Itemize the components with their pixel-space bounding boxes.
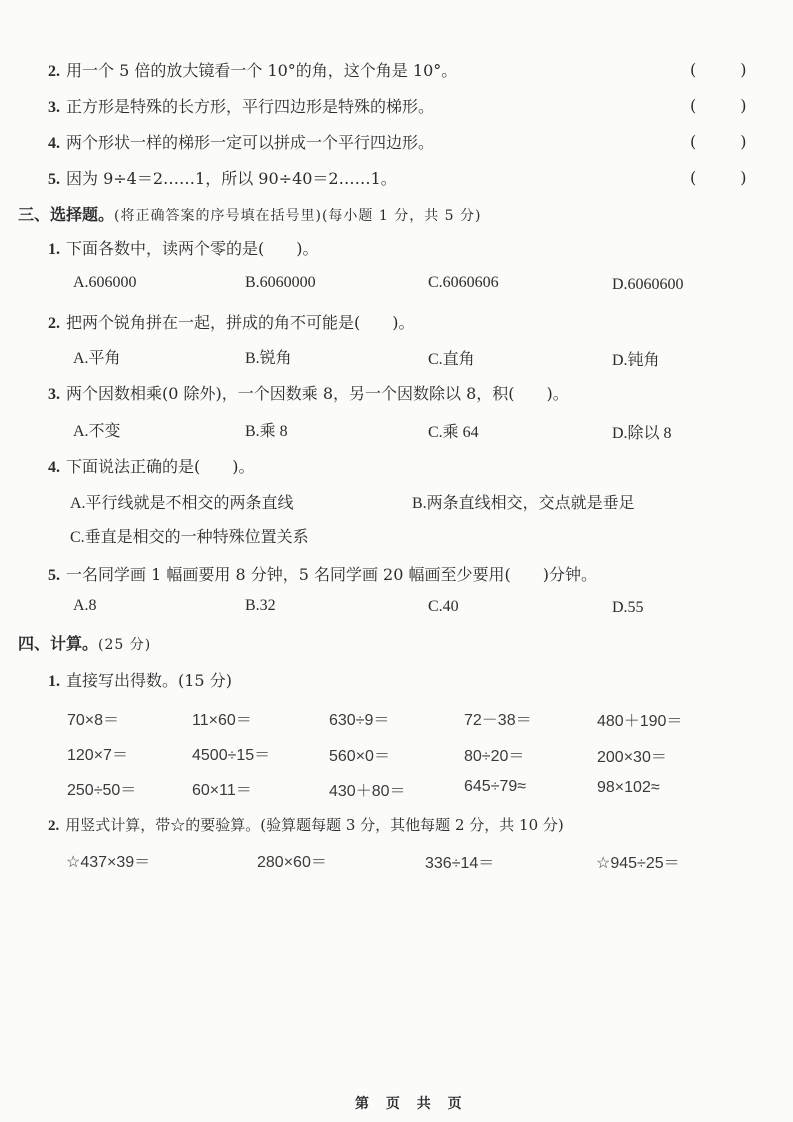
calc-item: 72－38＝ <box>464 707 532 730</box>
vertical-calc-item: 280×60＝ <box>257 849 327 872</box>
item-text: 因为 9÷4＝2……1，所以 90÷40＝2……1。 <box>66 169 397 188</box>
calc-item: 70×8＝ <box>67 707 119 730</box>
judgement-item-4: 4.两个形状一样的梯形一定可以拼成一个平行四边形。 <box>48 130 434 153</box>
calc-item: 80÷20＝ <box>464 743 524 766</box>
option-d[interactable]: D.55 <box>612 599 644 617</box>
choice-question-3: 3.两个因数相乘(0 除外)，一个因数乘 8，另一个因数除以 8，积( )。 <box>48 381 569 404</box>
option-c[interactable]: C.40 <box>428 598 459 616</box>
page-footer: 第 页 共 页 <box>355 1093 468 1113</box>
option-c[interactable]: C.直角 <box>428 346 475 369</box>
item-number: 3. <box>48 99 60 116</box>
calc-item: 200×30＝ <box>597 744 667 767</box>
calc-part-1: 1.直接写出得数。(15 分) <box>48 668 232 691</box>
vertical-calc-item: 336÷14＝ <box>425 850 494 873</box>
item-number: 2. <box>48 63 60 80</box>
judgement-item-2: 2.用一个 5 倍的放大镜看一个 10°的角，这个角是 10°。 <box>48 58 457 81</box>
calc-item: 98×102≈ <box>597 779 660 797</box>
answer-paren[interactable]: () <box>690 96 747 115</box>
choice-question-1: 1.下面各数中，读两个零的是( )。 <box>48 236 319 259</box>
option-c[interactable]: C.垂直是相交的一种特殊位置关系 <box>70 524 309 547</box>
calc-item: 4500÷15＝ <box>192 742 270 765</box>
option-c[interactable]: C.6060606 <box>428 274 499 292</box>
judgement-item-5: 5.因为 9÷4＝2……1，所以 90÷40＝2……1。 <box>48 166 397 189</box>
calc-item: 480＋190＝ <box>597 708 682 731</box>
option-a[interactable]: A.不变 <box>73 418 121 441</box>
calc-item: 645÷79≈ <box>464 778 526 796</box>
calc-item: 630÷9＝ <box>329 707 389 730</box>
item-text: 两个形状一样的梯形一定可以拼成一个平行四边形。 <box>66 133 434 152</box>
option-b[interactable]: B.32 <box>245 597 276 615</box>
answer-paren[interactable]: () <box>690 168 747 187</box>
option-d[interactable]: D.6060600 <box>612 276 684 294</box>
calc-item: 250÷50＝ <box>67 777 136 800</box>
judgement-item-3: 3.正方形是特殊的长方形，平行四边形是特殊的梯形。 <box>48 94 434 117</box>
choice-question-5: 5.一名同学画 1 幅画要用 8 分钟，5 名同学画 20 幅画至少要用( )分… <box>48 562 597 585</box>
option-b[interactable]: B.锐角 <box>245 345 292 368</box>
option-b[interactable]: B.乘 8 <box>245 418 288 441</box>
calc-item: 11×60＝ <box>192 707 252 730</box>
item-number: 5. <box>48 171 60 188</box>
item-text: 正方形是特殊的长方形，平行四边形是特殊的梯形。 <box>66 97 434 116</box>
section-4-heading: 四、计算。(25 分) <box>18 631 151 654</box>
calc-part-2: 2.用竖式计算，带☆的要验算。(验算题每题 3 分，其他每题 2 分，共 10 … <box>48 814 564 835</box>
option-d[interactable]: D.除以 8 <box>612 420 672 443</box>
calc-item: 560×0＝ <box>329 743 390 766</box>
option-a[interactable]: A.平行线就是不相交的两条直线 <box>70 490 294 513</box>
option-b[interactable]: B.两条直线相交，交点就是垂足 <box>412 490 635 513</box>
calc-item: 430＋80＝ <box>329 778 406 801</box>
choice-question-4: 4.下面说法正确的是( )。 <box>48 454 255 477</box>
item-text: 用一个 5 倍的放大镜看一个 10°的角，这个角是 10°。 <box>66 61 457 80</box>
answer-paren[interactable]: () <box>690 60 747 79</box>
option-b[interactable]: B.6060000 <box>245 274 316 292</box>
option-a[interactable]: A.平角 <box>73 345 121 368</box>
option-a[interactable]: A.8 <box>73 597 97 615</box>
calc-item: 120×7＝ <box>67 742 128 765</box>
choice-question-2: 2.把两个锐角拼在一起，拼成的角不可能是( )。 <box>48 310 415 333</box>
answer-paren[interactable]: () <box>690 132 747 151</box>
vertical-calc-item: ☆437×39＝ <box>66 849 150 872</box>
item-number: 4. <box>48 135 60 152</box>
calc-item: 60×11＝ <box>192 777 252 800</box>
option-c[interactable]: C.乘 64 <box>428 419 479 442</box>
vertical-calc-item: ☆945÷25＝ <box>596 850 680 873</box>
option-a[interactable]: A.606000 <box>73 274 137 292</box>
option-d[interactable]: D.钝角 <box>612 347 660 370</box>
section-3-heading: 三、选择题。(将正确答案的序号填在括号里)(每小题 1 分，共 5 分) <box>18 202 481 225</box>
